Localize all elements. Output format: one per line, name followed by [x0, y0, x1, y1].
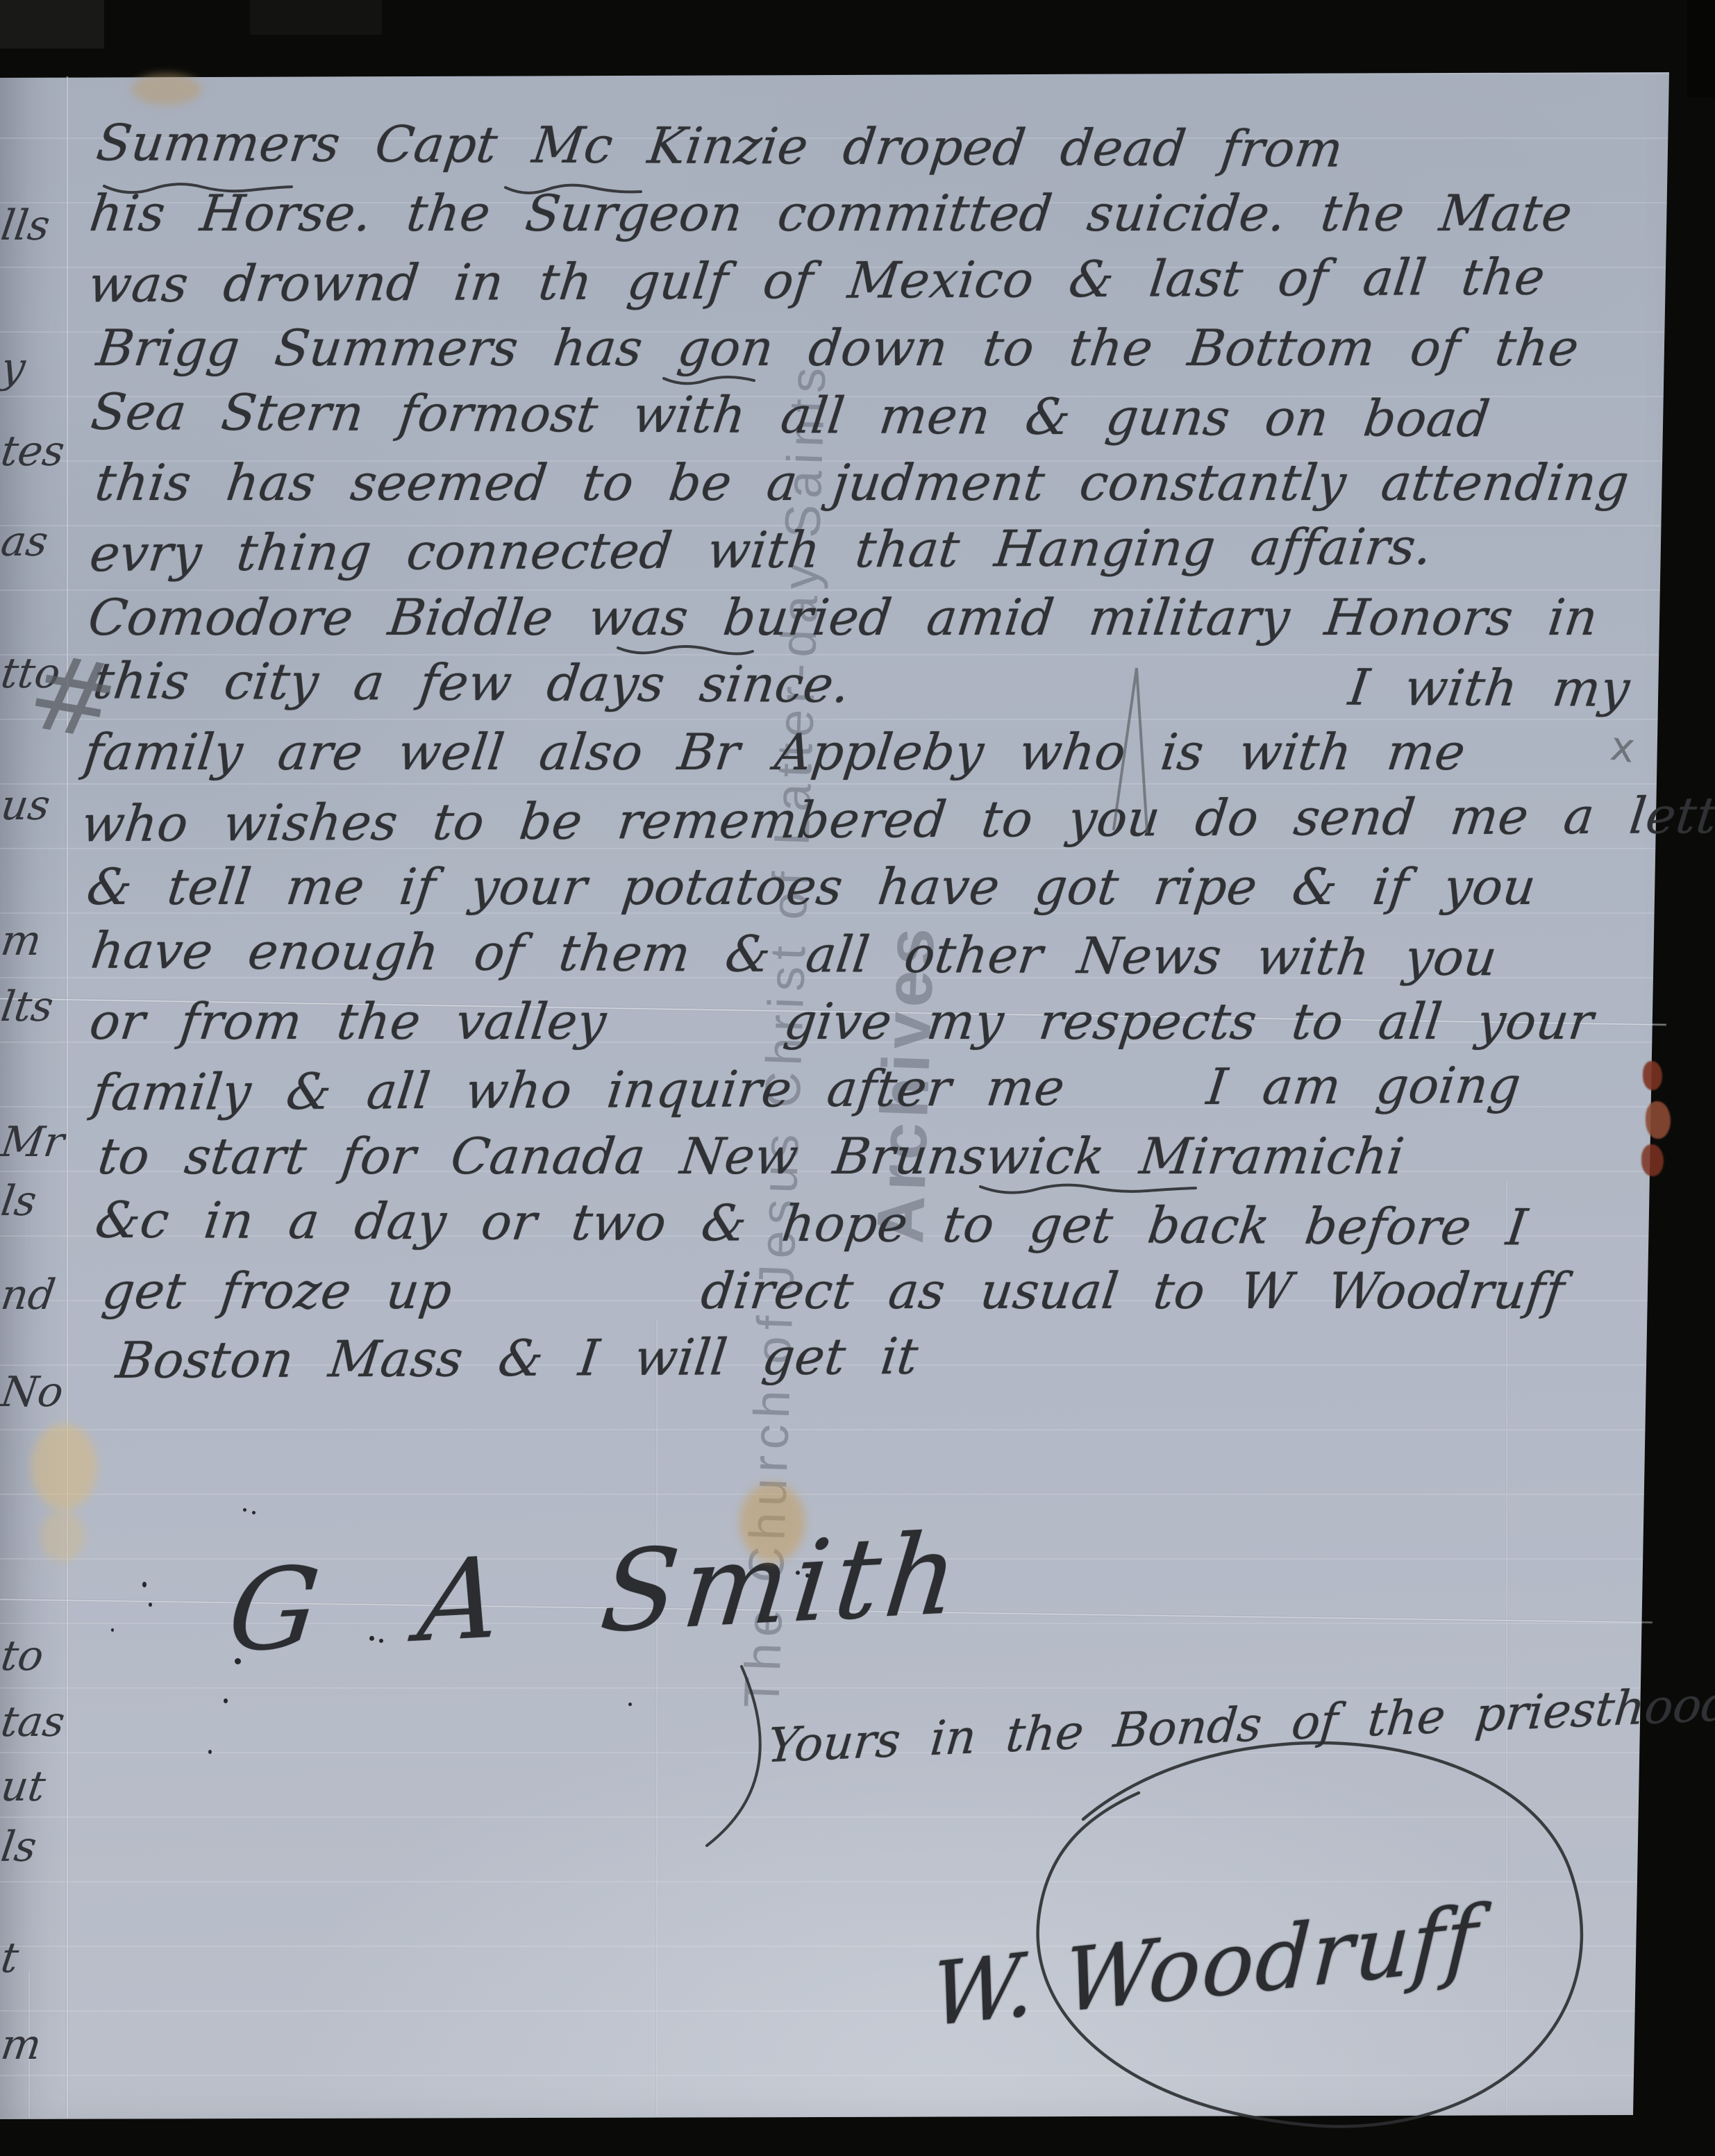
adjacent-page-fragment: ut — [0, 1762, 69, 1811]
adjacent-page-fragment: No — [0, 1368, 69, 1417]
scanned-letter-page: The Church of Jesus Christ of Latter-day… — [0, 0, 1715, 2156]
handwritten-line: have enough of them & all other News wit… — [88, 921, 1500, 987]
paper-stain — [40, 1510, 85, 1562]
adjacent-page-fragment: ls — [0, 1823, 69, 1871]
handwritten-line: Summers Capt Mc Kinzie droped dead from — [94, 113, 1347, 178]
handwritten-line: was drownd in th gulf of Mexico & last o… — [85, 247, 1548, 313]
paper-stain — [132, 74, 201, 105]
ink-speck — [252, 1511, 256, 1514]
handwritten-line: this city a few days since. I with my — [90, 651, 1634, 718]
handwritten-line: to start for Canada New Brunswick Mirami… — [95, 1127, 1407, 1185]
wax-seal-remnant — [1641, 1144, 1664, 1176]
adjacent-page-fragment: m — [0, 2021, 69, 2069]
ink-speck — [379, 1639, 383, 1643]
handwritten-line: this has seemed to be a judment constant… — [92, 453, 1632, 512]
handwritten-line: evry thing connected with that Hanging a… — [87, 517, 1435, 583]
paper-stain — [739, 1482, 805, 1562]
adjacent-page-fragment: t — [0, 1934, 69, 1982]
adjacent-page-fragment: tes — [0, 427, 69, 476]
handwritten-line: or from the valley give my respects to a… — [87, 992, 1597, 1051]
adjacent-page-fragment: ls — [0, 1177, 69, 1226]
adjacent-page-fragment: m — [0, 917, 69, 965]
ink-speck — [628, 1703, 632, 1706]
adjacent-page-fragment: tas — [0, 1698, 69, 1746]
ink-speck — [111, 1628, 114, 1632]
ink-speck — [208, 1750, 212, 1754]
handwritten-line: Boston Mass & I will get it — [113, 1327, 921, 1389]
adjacent-page-fragment: as — [0, 517, 69, 566]
handwritten-line: family are well also Br Appleby who is w… — [81, 723, 1469, 781]
adjacent-page-fragment: lls — [0, 201, 69, 250]
adjacent-page-fragment: Mr — [0, 1118, 69, 1167]
handwritten-line: Brigg Summers has gon down to the Bottom… — [94, 319, 1582, 377]
ink-speck — [235, 1658, 241, 1664]
scanner-background-patch — [1687, 0, 1715, 97]
scanner-background-patch — [0, 0, 104, 49]
adjacent-page-fragment: lts — [0, 983, 69, 1031]
adjacent-page-fragment: nd — [0, 1271, 69, 1319]
wax-seal-remnant — [1646, 1101, 1671, 1139]
ink-speck — [243, 1508, 246, 1512]
adjacent-page-fragment: us — [0, 781, 69, 830]
ink-speck — [805, 1573, 810, 1578]
handwritten-line: get froze up direct as usual to W Woodru… — [99, 1262, 1568, 1320]
ink-speck — [369, 1636, 374, 1641]
handwritten-line: &c in a day or two & hope to get back be… — [92, 1191, 1531, 1257]
paper-stain — [31, 1423, 97, 1510]
wax-seal-remnant — [1643, 1061, 1662, 1090]
scanner-background-patch — [250, 0, 382, 35]
adjacent-page-fragment: y — [0, 344, 69, 392]
adjacent-page-fragment: to — [0, 1632, 69, 1680]
handwritten-line: who wishes to be remembered to you do se… — [78, 786, 1715, 853]
handwritten-line: Sea Stern formost with all men & guns on… — [88, 383, 1494, 448]
handwritten-line: his Horse. the Surgeon committed suicide… — [87, 184, 1576, 242]
handwritten-line: family & all who inquire after me I am g… — [90, 1056, 1524, 1122]
handwritten-line: & tell me if your potatoes have got ripe… — [84, 858, 1539, 916]
ink-speck — [149, 1603, 152, 1607]
ink-speck — [796, 1571, 800, 1575]
handwritten-line: Comodore Biddle was buried amid military… — [85, 588, 1601, 646]
ink-speck — [224, 1698, 228, 1703]
ink-speck — [142, 1582, 147, 1587]
